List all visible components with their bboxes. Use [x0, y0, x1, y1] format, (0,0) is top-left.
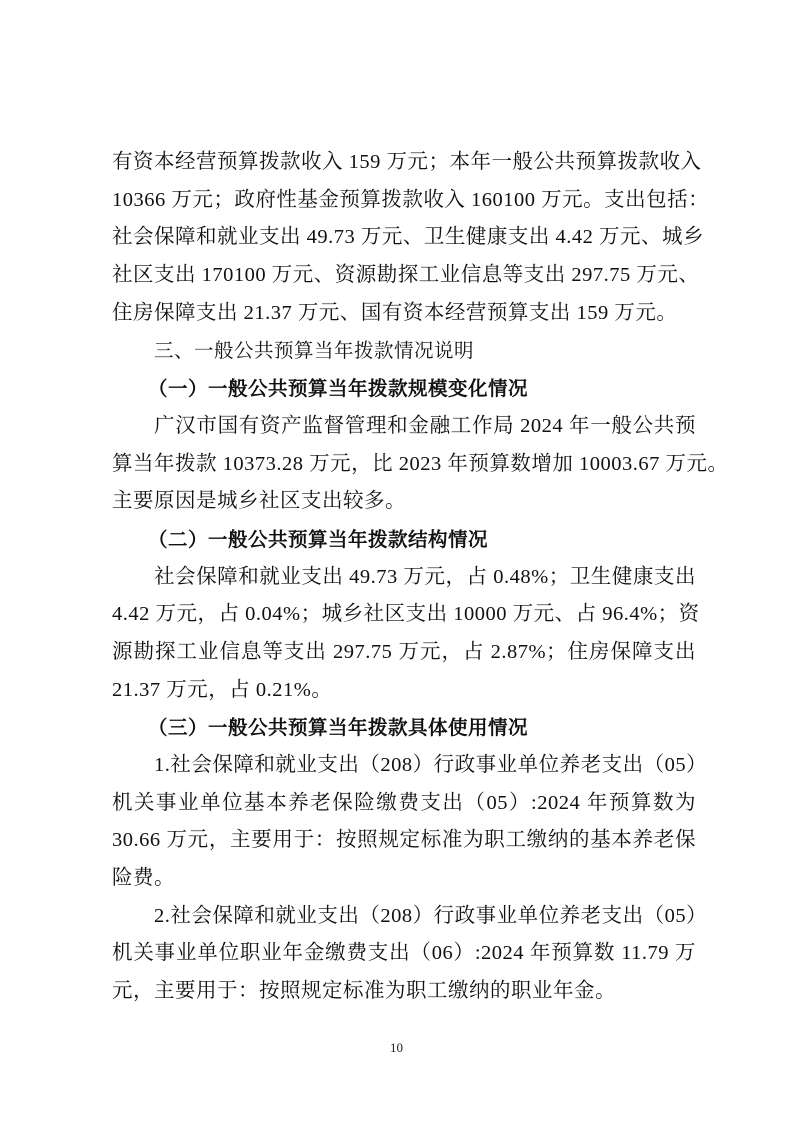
text-line: 住房保障支出 21.37 万元、国有资本经营预算支出 159 万元。: [112, 295, 696, 333]
text-line: 1.社会保障和就业支出（208）行政事业单位养老支出（05）: [112, 747, 696, 785]
text-line: 广汉市国有资产监督管理和金融工作局 2024 年一般公共预: [112, 408, 696, 446]
text-line: 10366 万元；政府性基金预算拨款收入 160100 万元。支出包括：: [112, 182, 696, 220]
text-line: 元，主要用于：按照规定标准为职工缴纳的职业年金。: [112, 973, 696, 1011]
text-line: 30.66 万元，主要用于：按照规定标准为职工缴纳的基本养老保: [112, 822, 696, 860]
text-line: 有资本经营预算拨款收入 159 万元；本年一般公共预算拨款收入: [112, 144, 696, 182]
section-heading: 三、一般公共预算当年拨款情况说明: [112, 332, 696, 370]
paragraph-structure: 社会保障和就业支出 49.73 万元，占 0.48%；卫生健康支出 4.42 万…: [112, 559, 696, 710]
text-line: 社区支出 170100 万元、资源勘探工业信息等支出 297.75 万元、: [112, 257, 696, 295]
text-line: 社会保障和就业支出 49.73 万元、卫生健康支出 4.42 万元、城乡: [112, 219, 696, 257]
paragraph-scale-change: 广汉市国有资产监督管理和金融工作局 2024 年一般公共预 算当年拨款 1037…: [112, 408, 696, 521]
paragraph-item-2: 2.社会保障和就业支出（208）行政事业单位养老支出（05） 机关事业单位职业年…: [112, 898, 696, 1011]
text-line: 源勘探工业信息等支出 297.75 万元，占 2.87%；住房保障支出: [112, 634, 696, 672]
text-line: 险费。: [112, 860, 696, 898]
paragraph-item-1: 1.社会保障和就业支出（208）行政事业单位养老支出（05） 机关事业单位基本养…: [112, 747, 696, 898]
text-line: 算当年拨款 10373.28 万元，比 2023 年预算数增加 10003.67…: [112, 446, 696, 484]
text-line: 2.社会保障和就业支出（208）行政事业单位养老支出（05）: [112, 898, 696, 936]
paragraph-income-expenditure-summary: 有资本经营预算拨款收入 159 万元；本年一般公共预算拨款收入 10366 万元…: [112, 144, 696, 332]
text-line: 主要原因是城乡社区支出较多。: [112, 483, 696, 521]
text-line: 社会保障和就业支出 49.73 万元，占 0.48%；卫生健康支出: [112, 559, 696, 597]
text-line: 机关事业单位基本养老保险缴费支出（05）:2024 年预算数为: [112, 785, 696, 823]
text-line: 21.37 万元，占 0.21%。: [112, 672, 696, 710]
document-page: 有资本经营预算拨款收入 159 万元；本年一般公共预算拨款收入 10366 万元…: [112, 144, 696, 1011]
subsection-heading-specific-use: （三）一般公共预算当年拨款具体使用情况: [112, 709, 696, 747]
text-line: 4.42 万元，占 0.04%；城乡社区支出 10000 万元、占 96.4%；…: [112, 596, 696, 634]
subsection-heading-scale-change: （一）一般公共预算当年拨款规模变化情况: [112, 370, 696, 408]
text-line: 机关事业单位职业年金缴费支出（06）:2024 年预算数 11.79 万: [112, 935, 696, 973]
subsection-heading-structure: （二）一般公共预算当年拨款结构情况: [112, 521, 696, 559]
page-number: 10: [0, 1040, 793, 1056]
